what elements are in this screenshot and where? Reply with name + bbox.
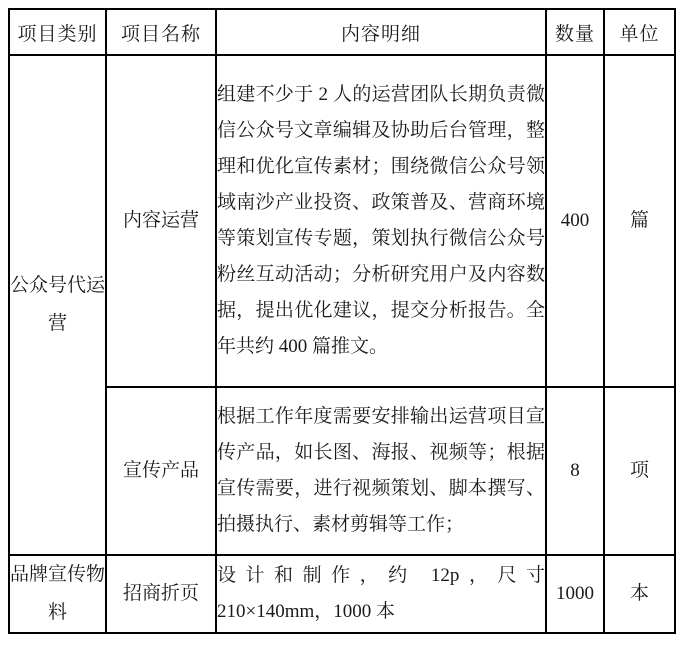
cell-unit-brochure: 本 <box>604 555 675 633</box>
cell-name-content-operation: 内容运营 <box>106 55 216 387</box>
header-quantity: 数量 <box>546 9 604 55</box>
cell-qty-brochure: 1000 <box>546 555 604 633</box>
spec-table: 项目类别 项目名称 内容明细 数量 单位 公众号代运营 内容运营 组建不少于 2… <box>8 8 676 634</box>
cell-unit-content-operation: 篇 <box>604 55 675 387</box>
header-row: 项目类别 项目名称 内容明细 数量 单位 <box>9 9 675 55</box>
cell-qty-publicity-product: 8 <box>546 387 604 555</box>
cell-category-brand-material: 品牌宣传物料 <box>9 555 106 633</box>
header-project-category: 项目类别 <box>9 9 106 55</box>
header-project-name: 项目名称 <box>106 9 216 55</box>
table-row: 宣传产品 根据工作年度需要安排输出运营项目宣传产品，如长图、海报、视频等；根据宣… <box>9 387 675 555</box>
cell-unit-publicity-product: 项 <box>604 387 675 555</box>
cell-detail-brochure: 设计和制作，约 12p，尺寸 210×140mm，1000 本 <box>216 555 546 633</box>
document-page: 项目类别 项目名称 内容明细 数量 单位 公众号代运营 内容运营 组建不少于 2… <box>0 0 682 648</box>
header-unit: 单位 <box>604 9 675 55</box>
cell-category-official-account: 公众号代运营 <box>9 55 106 555</box>
table-row: 品牌宣传物料 招商折页 设计和制作，约 12p，尺寸 210×140mm，100… <box>9 555 675 633</box>
table-row: 公众号代运营 内容运营 组建不少于 2 人的运营团队长期负责微信公众号文章编辑及… <box>9 55 675 387</box>
cell-detail-content-operation: 组建不少于 2 人的运营团队长期负责微信公众号文章编辑及协助后台管理，整理和优化… <box>216 55 546 387</box>
cell-detail-publicity-product: 根据工作年度需要安排输出运营项目宣传产品，如长图、海报、视频等；根据宣传需要，进… <box>216 387 546 555</box>
cell-name-brochure: 招商折页 <box>106 555 216 633</box>
cell-qty-content-operation: 400 <box>546 55 604 387</box>
header-content-detail: 内容明细 <box>216 9 546 55</box>
cell-name-publicity-product: 宣传产品 <box>106 387 216 555</box>
